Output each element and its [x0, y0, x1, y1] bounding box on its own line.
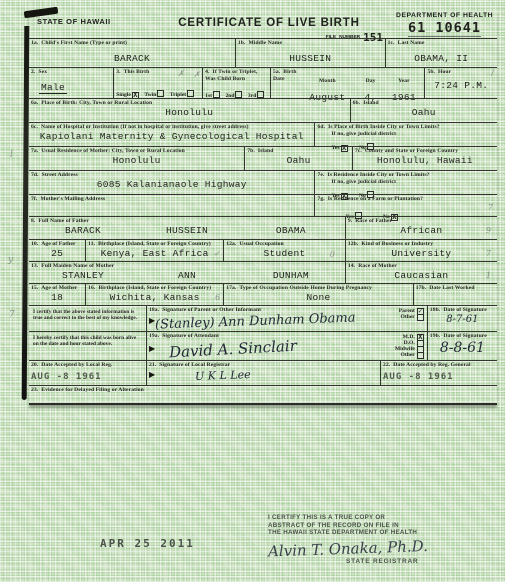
state-registrar-signature: Alvin T. Onaka, Ph.D. [268, 535, 469, 560]
father-age-value: 25 [31, 248, 83, 259]
field-father-name: 8.Full Name of Father BARACK HUSSEIN OBA… [29, 217, 345, 239]
pencil-mark: / [491, 68, 494, 77]
certificate-scan: l y 7 STATE OF HAWAII CERTIFICATE OF LIV… [0, 0, 505, 582]
pencil-mark: l [10, 150, 13, 160]
sex-value: Male [39, 82, 67, 94]
field-attendant-signature: 19a.Signature of Attendant ▶ David A. Si… [146, 332, 427, 360]
attendant-signature-value: David A. Sinclair [169, 336, 298, 361]
attendant-sig-date-value: 8-8-61 [430, 340, 495, 356]
county-value: Honolulu, Hawaii [355, 155, 495, 166]
state-label: STATE OF HAWAII [37, 17, 111, 38]
field-father-industry: 7 12b.Kind of Business or Industry Unive… [345, 240, 497, 261]
field-residence-in-limits: 7e.Is Residence Inside City or Town Limi… [314, 171, 497, 194]
certification-stamp: I CERTIFY THIS IS A TRUE COPY OR ABSTRAC… [268, 514, 468, 565]
born-3rd-checkbox [257, 91, 264, 98]
field-street-address: 7d.Street Address 6085 Kalanianaole High… [29, 171, 314, 194]
field-father-race: 9 9.Race of Father African [345, 217, 497, 239]
arrow-icon: ▶ [149, 345, 155, 353]
field-farm-plantation: 7 7g.Is Residence on a Farm or Plantatio… [314, 195, 497, 216]
day-label: Day [355, 78, 387, 85]
field-county: 7c.County and State or Foreign Country H… [352, 147, 497, 170]
mother-age-value: 18 [31, 292, 83, 303]
born-2nd-checkbox [235, 91, 242, 98]
pencil-mark: 7 [9, 310, 15, 320]
pencil-mark: y [8, 255, 13, 265]
pencil-mark: 7 [486, 249, 491, 258]
arrow-icon: ▶ [149, 371, 155, 379]
month-label: Month [300, 78, 354, 85]
field-delayed-filing: 23.Evidence for Delayed Filing or Altera… [29, 386, 497, 403]
pencil-mark: 9 [486, 226, 491, 235]
certify-line: I CERTIFY THIS IS A TRUE COPY OR [268, 514, 468, 522]
pencil-mark: 1 [486, 271, 491, 280]
row-child-name: 1a.Child's First Name (Type or print) BA… [29, 38, 497, 67]
field-this-birth: ✗ ✗ 3.This Birth SingleX Twin Triplet [113, 68, 202, 98]
field-parent-signature: 18a.Signature of Parent or Other Informa… [146, 306, 427, 331]
field-mother-occupation: 17a.Type of Occupation Outside Home Duri… [223, 284, 413, 305]
field-reg-general-date: 22.Date Accepted by Reg. General AUG -8 … [380, 361, 497, 385]
certify-line: ABSTRACT OF THE RECORD ON FILE IN [268, 522, 468, 530]
attendant-certification-text: I hereby certify that this child was bor… [29, 332, 146, 360]
field-birth-date: 5a.Birth Date MonthDayYear August4,1961 [270, 68, 424, 98]
reg-general-date-stamp: AUG -8 1961 [383, 372, 495, 382]
island-residence-value: Oahu [247, 155, 350, 166]
local-registrar-signature-value: U K L Lee [195, 368, 251, 383]
middle-name-value: HUSSEIN [238, 53, 383, 64]
other-attendant-checkbox [417, 352, 424, 359]
place-of-birth-value: Honolulu [31, 107, 348, 118]
island-birth-value: Oahu [353, 107, 495, 118]
mother-birthplace-value: Wichita, Kansas [88, 292, 221, 303]
father-industry-value: University [348, 248, 495, 259]
row-mother-details: 15.Age of Mother 18 6 16.Birthplace (Isl… [29, 283, 497, 305]
hour-value: 7:24 P.M. [427, 80, 495, 91]
other-label: Other [401, 314, 415, 320]
parent-sig-date-value: 8-7-61 [430, 314, 495, 325]
field-attendant-sig-date: 19b.Date of Signature 8-8-61 [427, 332, 497, 360]
field-local-reg-date: 20.Date Accepted by Local Reg. AUG -8 19… [29, 361, 146, 385]
field-twin-order: 4.If Twin or Triplet, Was Child Born 1st… [202, 68, 270, 98]
state-registrar-title: STATE REGISTRAR [346, 558, 468, 565]
father-race-value: African [348, 225, 495, 236]
row-street-address: 7d.Street Address 6085 Kalanianaole High… [29, 170, 497, 194]
field-last-name: 1c.Last Name OBAMA, II [385, 39, 497, 67]
form-header: STATE OF HAWAII CERTIFICATE OF LIVE BIRT… [29, 10, 497, 38]
other-attendant-label: Other [401, 352, 415, 358]
father-last-value: OBAMA [239, 225, 343, 236]
hospital-value: Kapiolani Maternity & Gynecological Hosp… [31, 131, 312, 142]
mother-occupation-value: None [226, 292, 411, 303]
field-hour: / 5b.Hour 7:24 P.M. [424, 68, 497, 98]
parent-certification-text: I certify that the above stated informat… [29, 306, 146, 331]
row-residence: 7a.Usual Residence of Mother: City, Town… [29, 146, 497, 170]
field-island-birth: 6b.Island Oahu [350, 99, 497, 122]
row-birth-details: 2.Sex Male ✗ ✗ 3.This Birth SingleX Twin… [29, 67, 497, 98]
received-date-stamp: APR 25 2011 [100, 537, 195, 550]
department-block: DEPARTMENT OF HEALTH 61 10641 [396, 12, 493, 37]
street-address-value: 6085 Kalanianaole Highway [31, 179, 312, 190]
field-father-age: 10.Age of Father 25 [29, 240, 85, 261]
field-date-last-worked: 17b.Date Last Worked [413, 284, 497, 305]
father-birthplace-value: Kenya, East Africa [88, 248, 221, 259]
other-checkbox [417, 314, 424, 321]
row-father-name: 8.Full Name of Father BARACK HUSSEIN OBA… [29, 216, 497, 239]
field-hospital: 6c.Name of Hospital or Institution (If n… [29, 123, 314, 146]
row-attendant-signature: I hereby certify that this child was bor… [29, 331, 497, 360]
pencil-mark: ✓ [214, 249, 221, 258]
field-mother-race: 1 14.Race of Mother Caucasian [345, 262, 497, 283]
father-occupation-value: Student [226, 248, 343, 259]
born-1st-checkbox [213, 91, 220, 98]
father-first-value: BARACK [31, 225, 135, 236]
year-label: Year [387, 78, 422, 85]
field-place-of-birth: 6a.Place of Birth: City, Town or Rural L… [29, 99, 350, 122]
row-registrar: 20.Date Accepted by Local Reg. AUG -8 19… [29, 360, 497, 385]
triplet-checkbox [187, 90, 194, 97]
field-first-name: 1a.Child's First Name (Type or print) BA… [29, 39, 235, 67]
mother-last-value: DUNHAM [239, 270, 343, 281]
field-sex: 2.Sex Male [29, 68, 113, 98]
single-label: Single [116, 92, 131, 98]
twin-label: Twin [144, 92, 156, 98]
department-number: 61 10641 [408, 20, 481, 37]
birth-certificate-form: STATE OF HAWAII CERTIFICATE OF LIVE BIRT… [29, 10, 497, 405]
field-parent-sig-date: 18b.Date of Signature 8-7-61 [427, 306, 497, 331]
field-residence: 7a.Usual Residence of Mother: City, Town… [29, 147, 244, 170]
row-hospital: 6c.Name of Hospital or Institution (If n… [29, 122, 497, 146]
field-father-birthplace: ✓ 11.Birthplace (Island, State or Foreig… [85, 240, 223, 261]
triplet-label: Triplet [170, 92, 186, 98]
field-mother-name: 13.Full Maiden Name of Mother STANLEY AN… [29, 262, 345, 283]
first-name-value: BARACK [31, 53, 233, 64]
pencil-mark: 6 [215, 293, 220, 302]
residence-value: Honolulu [31, 155, 242, 166]
mother-race-value: Caucasian [348, 270, 495, 281]
field-mother-age: 15.Age of Mother 18 [29, 284, 85, 305]
pencil-mark: 7 [488, 203, 493, 212]
row-mailing-address: 7f.Mother's Mailing Address 7 7g.Is Resi… [29, 194, 497, 216]
mother-first-value: STANLEY [31, 270, 135, 281]
row-delayed-filing: 23.Evidence for Delayed Filing or Altera… [29, 385, 497, 403]
last-name-value: OBAMA, II [388, 53, 495, 64]
row-place-of-birth: 6a.Place of Birth: City, Town or Rural L… [29, 98, 497, 122]
local-reg-date-stamp: AUG -8 1961 [31, 372, 144, 382]
field-father-occupation: 0 12a.Usual Occupation Student [223, 240, 345, 261]
twin-checkbox [157, 90, 164, 97]
field-mother-birthplace: 6 16.Birthplace (Island, State or Foreig… [85, 284, 223, 305]
father-middle-value: HUSSEIN [135, 225, 239, 236]
row-parent-signature: I certify that the above stated informat… [29, 305, 497, 331]
pencil-mark: ✗ [193, 70, 200, 79]
field-mailing-address: 7f.Mother's Mailing Address [29, 195, 314, 216]
field-local-registrar-signature: 21.Signature of Local Registrar ▶ U K L … [146, 361, 380, 385]
pencil-mark: 0 [330, 250, 335, 259]
field-birth-in-limits: 6d.Is Place of Birth Inside City or Town… [314, 123, 497, 146]
pencil-mark: ✗ [177, 69, 184, 78]
row-father-details: 10.Age of Father 25 ✓ 11.Birthplace (Isl… [29, 239, 497, 261]
department-label: DEPARTMENT OF HEALTH [396, 12, 493, 19]
row-mother-name: 13.Full Maiden Name of Mother STANLEY AN… [29, 261, 497, 283]
field-island-residence: 7b.Island Oahu [244, 147, 352, 170]
form-title: CERTIFICATE OF LIVE BIRTH [178, 17, 359, 29]
field-middle-name: 1b.Middle Name HUSSEIN [235, 39, 385, 67]
mother-middle-value: ANN [135, 270, 239, 281]
